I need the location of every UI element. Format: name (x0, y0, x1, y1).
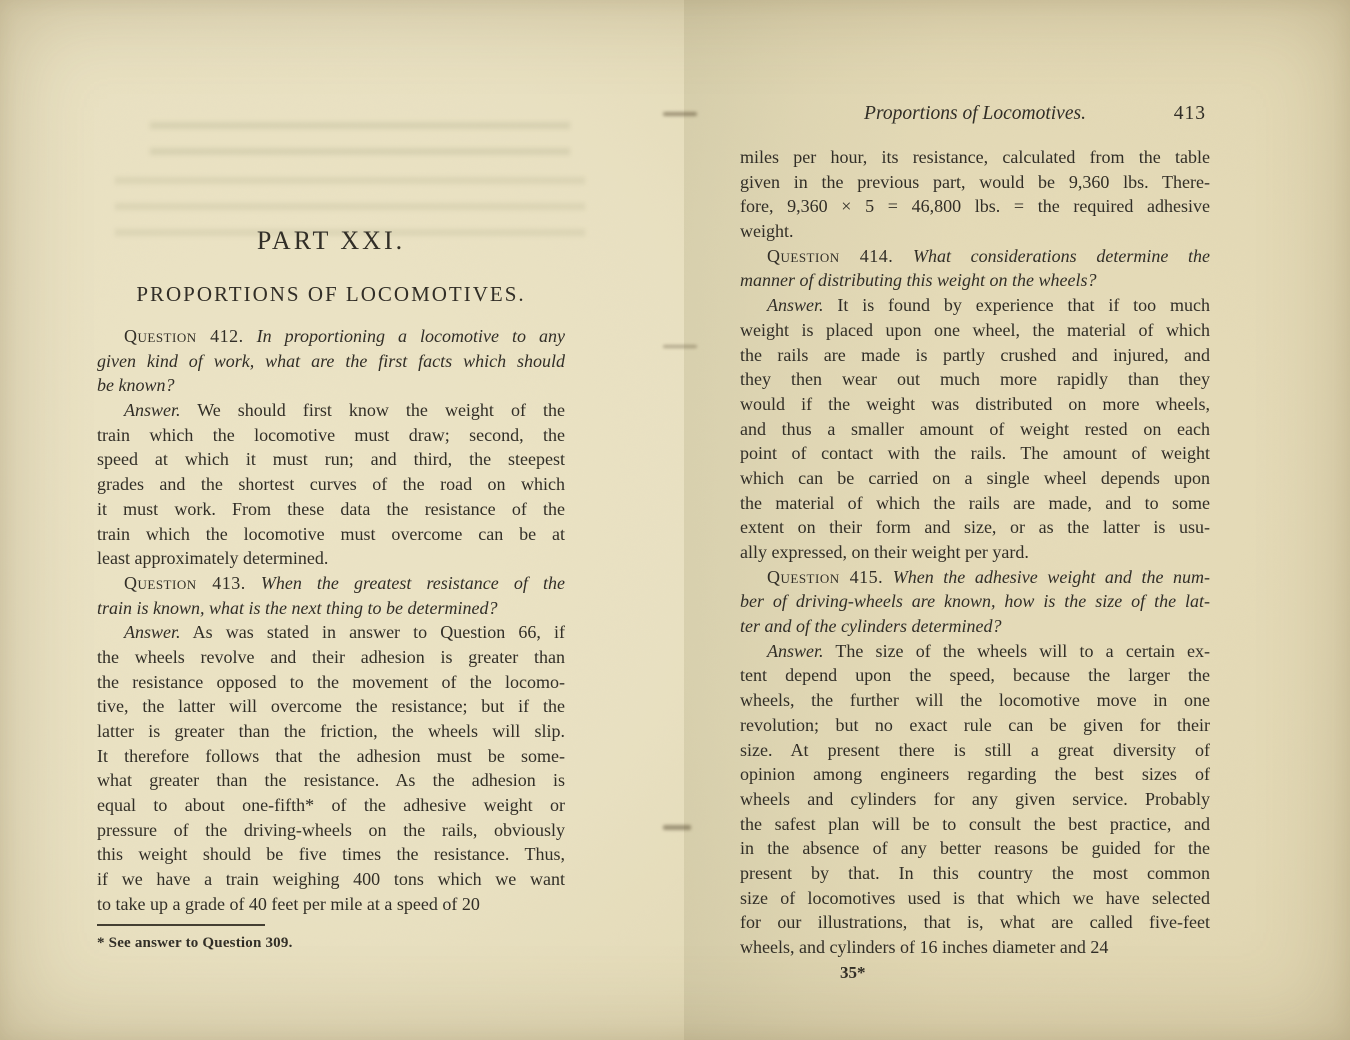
body-line: Answer. The size of the wheels will to a… (740, 639, 1210, 664)
body-line: extent on their form and size, or as the… (740, 515, 1210, 540)
part-title: PART XXI. (97, 226, 565, 256)
body-line: for our illustrations, that is, what are… (740, 910, 1210, 935)
body-line: wheels, the further will the locomotive … (740, 688, 1210, 713)
body-line: would if the weight was distributed on m… (740, 392, 1210, 417)
body-line: grades and the shortest curves of the ro… (97, 472, 565, 497)
body-line: given kind of work, what are the first f… (97, 349, 565, 374)
body-line: weight is placed upon one wheel, the mat… (740, 318, 1210, 343)
footnote-text: * See answer to Question 309. (97, 931, 565, 956)
body-line: the safest plan will be to consult the b… (740, 812, 1210, 837)
body-line: Answer. As was stated in answer to Quest… (97, 620, 565, 645)
running-header: Proportions of Locomotives. 413 (740, 103, 1210, 125)
body-line: point of contact with the rails. The amo… (740, 441, 1210, 466)
signature-mark: 35* (840, 961, 1210, 986)
body-line: present by that. In this country the mos… (740, 861, 1210, 886)
body-line: Question 413. When the greatest resistan… (97, 571, 565, 596)
body-line: what greater than the resistance. As the… (97, 768, 565, 793)
body-line: which can be carried on a single wheel d… (740, 466, 1210, 491)
body-line: the wheels revolve and their adhesion is… (97, 645, 565, 670)
body-line: ber of driving-wheels are known, how is … (740, 589, 1210, 614)
question-paragraph: Question 415. When the adhesive weight a… (740, 565, 1210, 639)
right-page-paragraphs: miles per hour, its resistance, calculat… (740, 145, 1210, 960)
paragraph-lead: Question 412. (124, 326, 244, 346)
question-paragraph: Question 413. When the greatest resistan… (97, 571, 565, 620)
running-header-title: Proportions of Locomotives. (864, 103, 1086, 124)
body-line: ally expressed, on their weight per yard… (740, 540, 1210, 565)
paragraph-lead: Answer. (124, 400, 181, 420)
paragraph-lead: Answer. (767, 641, 824, 661)
answer-paragraph: Answer. We should first know the weight … (97, 398, 565, 571)
body-line: It therefore follows that the adhesion m… (97, 744, 565, 769)
body-line: speed at which it must run; and third, t… (97, 447, 565, 472)
left-page-paragraphs: Question 412. In proportioning a locomot… (97, 324, 565, 917)
body-line: and thus a smaller amount of weight rest… (740, 417, 1210, 442)
body-line: tent depend upon the speed, because the … (740, 663, 1210, 688)
body-line: train which the locomotive must overcome… (97, 522, 565, 547)
body-line: revolution; but no exact rule can be giv… (740, 713, 1210, 738)
body-line: Answer. It is found by experience that i… (740, 293, 1210, 318)
body-line: in the absence of any better reasons be … (740, 836, 1210, 861)
body-line: least approximately determined. (97, 546, 565, 571)
answer-paragraph: Answer. It is found by experience that i… (740, 293, 1210, 565)
body-line: manner of distributing this weight on th… (740, 268, 1210, 293)
chapter-title: PROPORTIONS OF LOCOMOTIVES. (97, 282, 565, 306)
body-line: weight. (740, 219, 1210, 244)
body-line: equal to about one-fifth* of the adhesiv… (97, 793, 565, 818)
body-line: this weight should be five times the res… (97, 842, 565, 867)
binding-gutter (608, 0, 748, 1040)
body-line: pressure of the driving-wheels on the ra… (97, 818, 565, 843)
body-line: ter and of the cylinders determined? (740, 614, 1210, 639)
question-paragraph: Question 414. What considerations determ… (740, 244, 1210, 293)
paragraph-lead: Answer. (124, 622, 181, 642)
paragraph-lead: Question 414. (767, 246, 893, 266)
body-line: latter is greater than the friction, the… (97, 719, 565, 744)
body-line: if we have a train weighing 400 tons whi… (97, 867, 565, 892)
book-spread: PART XXI. PROPORTIONS OF LOCOMOTIVES. Qu… (0, 0, 1350, 1040)
answer-paragraph: Answer. As was stated in answer to Quest… (97, 620, 565, 916)
body-line: they then wear out much more rapidly tha… (740, 367, 1210, 392)
body-line: Question 414. What considerations determ… (740, 244, 1210, 269)
body-line: opinion among engineers regarding the be… (740, 762, 1210, 787)
answer-paragraph: miles per hour, its resistance, calculat… (740, 145, 1210, 244)
body-line: Question 412. In proportioning a locomot… (97, 324, 565, 349)
body-line: Answer. We should first know the weight … (97, 398, 565, 423)
body-line: train which the locomotive must draw; se… (97, 423, 565, 448)
paragraph-lead: Question 415. (767, 567, 883, 587)
footnote-rule (97, 924, 265, 926)
body-line: size. At present there is still a great … (740, 738, 1210, 763)
body-line: given in the previous part, would be 9,3… (740, 170, 1210, 195)
binding-stitch-mark (663, 112, 697, 116)
body-line: miles per hour, its resistance, calculat… (740, 145, 1210, 170)
body-line: to take up a grade of 40 feet per mile a… (97, 892, 565, 917)
body-line: Question 415. When the adhesive weight a… (740, 565, 1210, 590)
binding-stitch-mark (663, 825, 691, 830)
body-line: tive, the latter will overcome the resis… (97, 694, 565, 719)
body-line: wheels and cylinders for any given servi… (740, 787, 1210, 812)
body-line: wheels, and cylinders of 16 inches diame… (740, 935, 1210, 960)
body-line: it must work. From these data the resist… (97, 497, 565, 522)
footnote: * See answer to Question 309. (97, 924, 565, 956)
right-page-text-block: Proportions of Locomotives. 413 miles pe… (740, 103, 1210, 985)
body-line: the material of which the rails are made… (740, 491, 1210, 516)
binding-stitch-mark (663, 345, 697, 348)
body-line: train is known, what is the next thing t… (97, 596, 565, 621)
body-line: size of locomotives used is that which w… (740, 886, 1210, 911)
body-line: the resistance opposed to the movement o… (97, 670, 565, 695)
page-number: 413 (1174, 103, 1206, 125)
question-paragraph: Question 412. In proportioning a locomot… (97, 324, 565, 398)
body-line: fore, 9,360 × 5 = 46,800 lbs. = the requ… (740, 194, 1210, 219)
body-line: the rails are made is partly crushed and… (740, 343, 1210, 368)
body-line: be known? (97, 373, 565, 398)
paragraph-lead: Question 413. (124, 573, 246, 593)
left-page-text-block: PART XXI. PROPORTIONS OF LOCOMOTIVES. Qu… (97, 226, 565, 955)
answer-paragraph: Answer. The size of the wheels will to a… (740, 639, 1210, 960)
paragraph-lead: Answer. (767, 295, 824, 315)
